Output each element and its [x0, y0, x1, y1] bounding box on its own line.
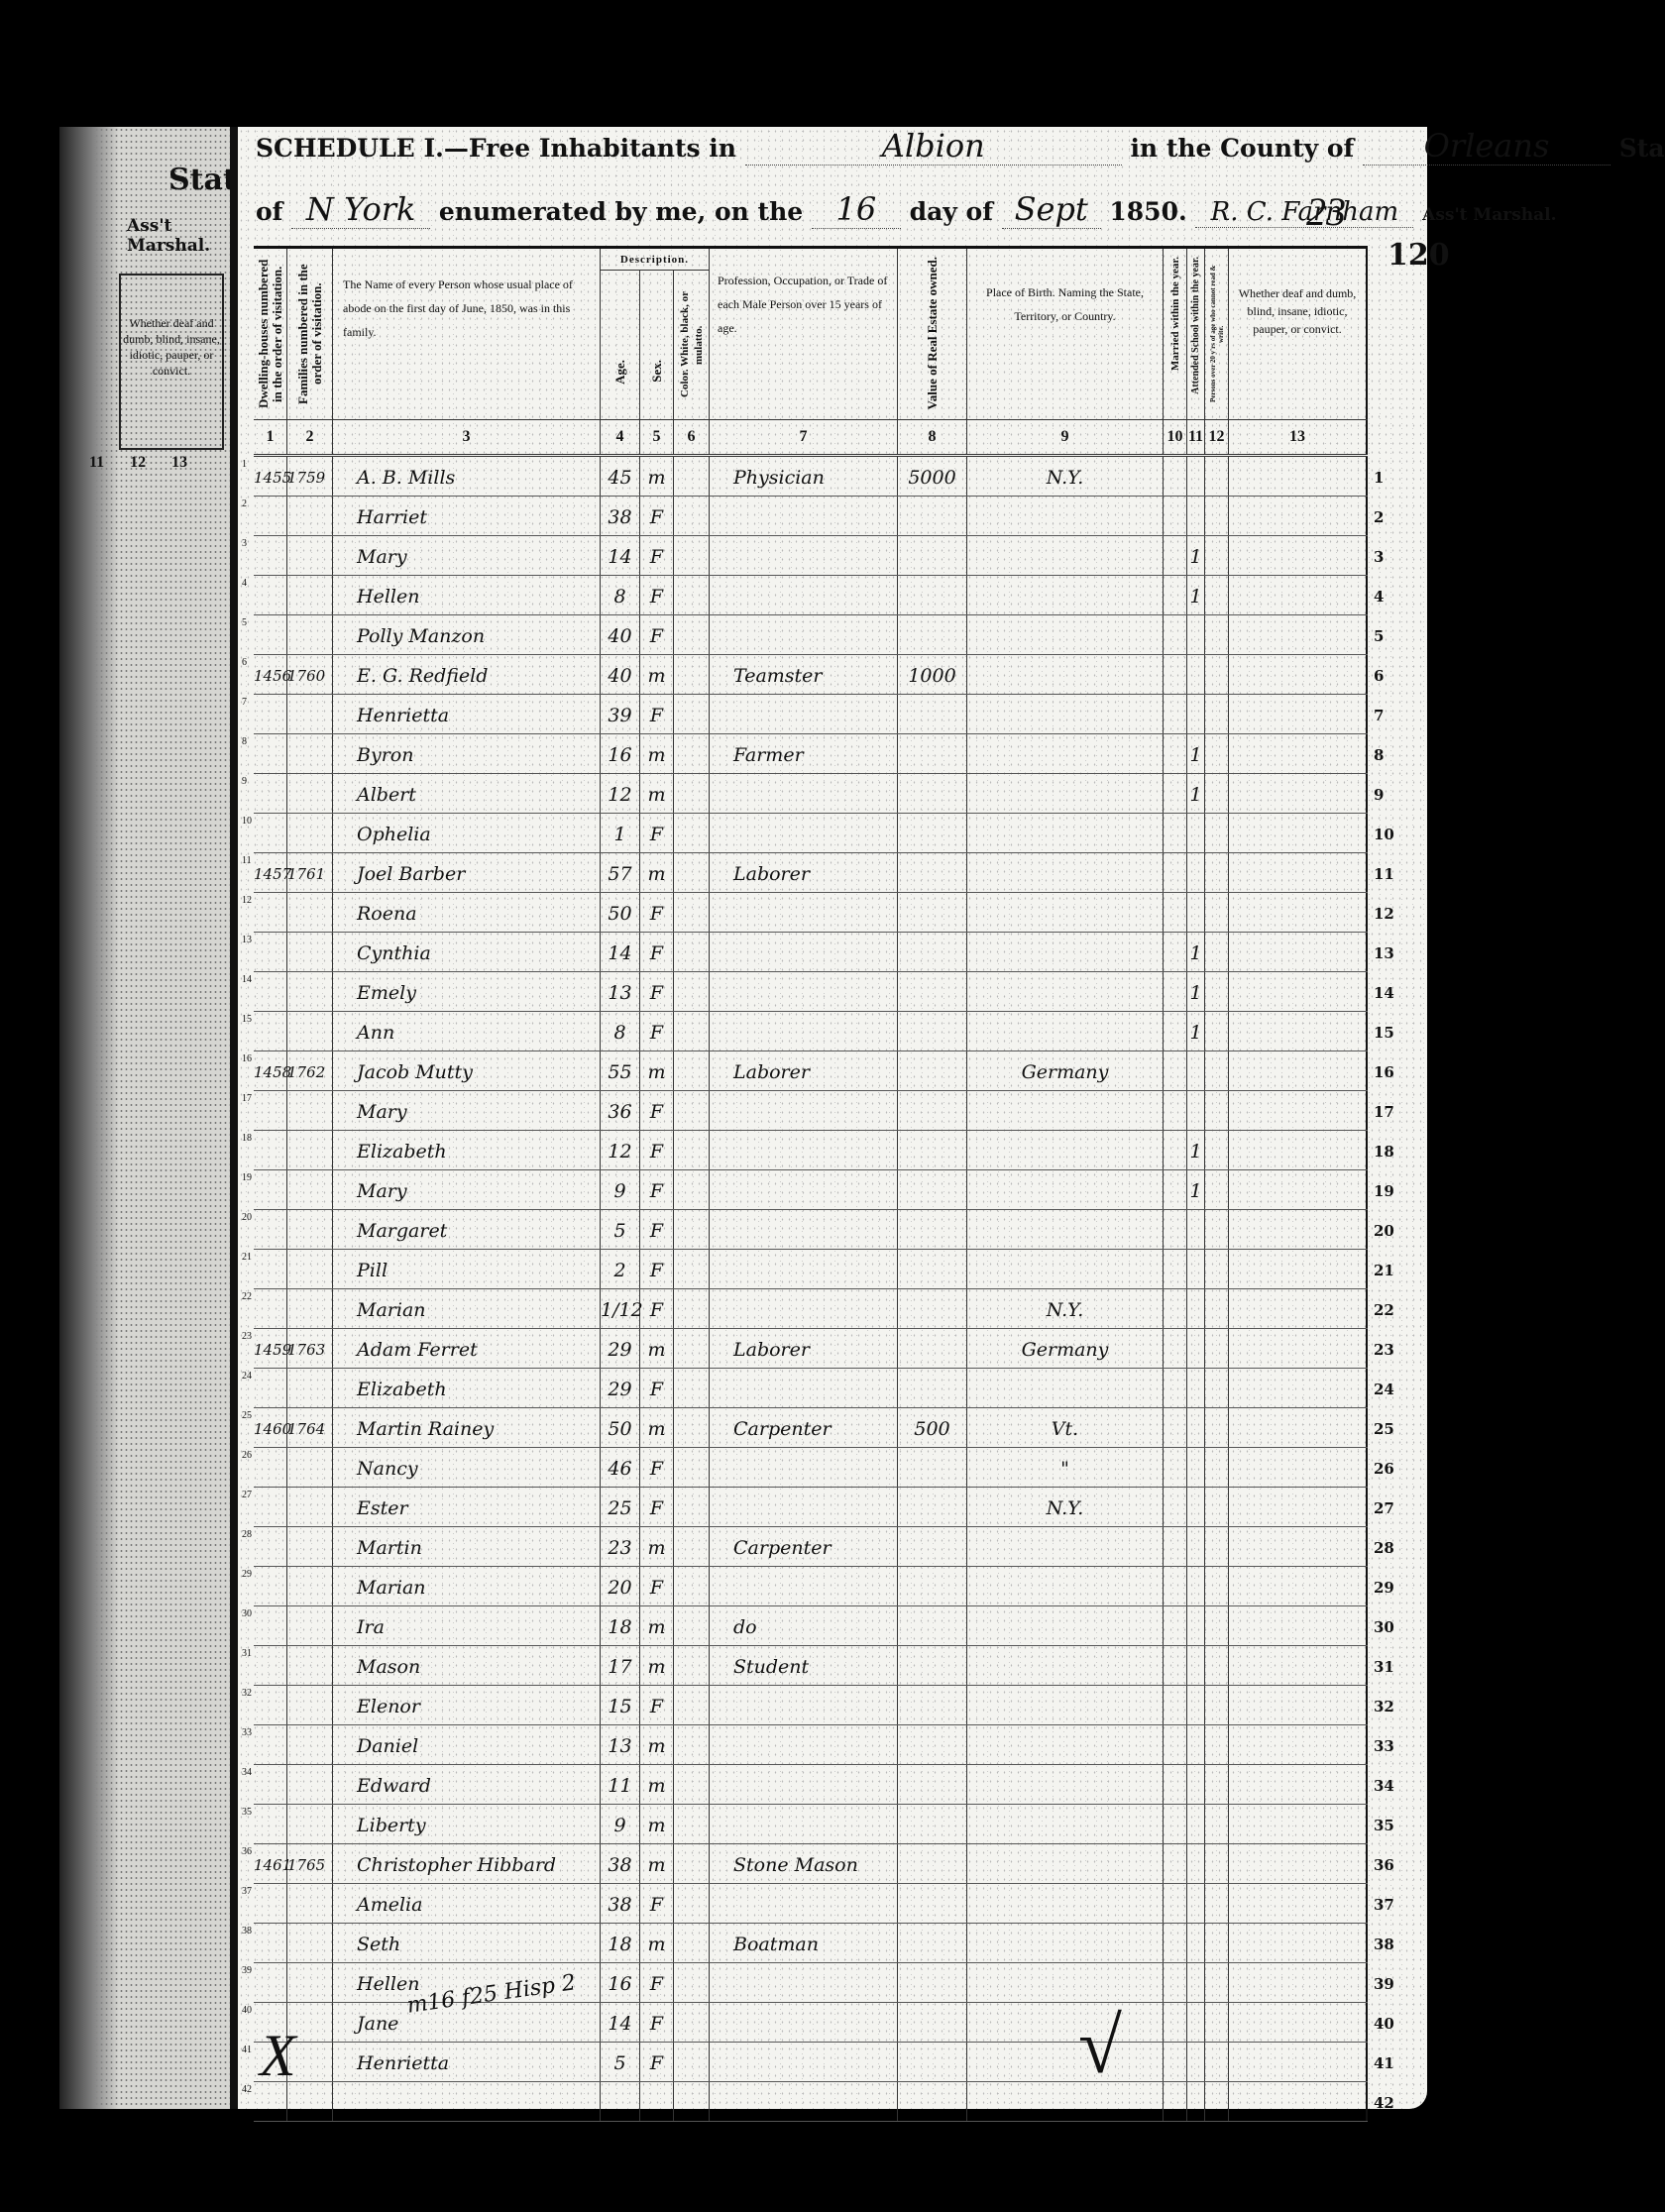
- table-row: 17Mary36F17: [254, 1091, 1368, 1131]
- table-row: 4Hellen8F14: [254, 576, 1368, 615]
- dwelling-cell: [254, 1606, 287, 1645]
- school-cell: [1187, 1408, 1205, 1447]
- dwelling-cell: [254, 1567, 287, 1605]
- illiterate-cell: [1205, 1408, 1229, 1447]
- table-row: 35Liberty9m35: [254, 1805, 1368, 1844]
- line-number-right: 4: [1374, 588, 1384, 606]
- illiterate-cell: [1205, 1091, 1229, 1130]
- married-cell: [1164, 457, 1187, 496]
- married-cell: [1164, 1289, 1187, 1328]
- sex-cell: m: [640, 1646, 674, 1685]
- age-cell: 12: [601, 1131, 640, 1169]
- family-cell: [287, 972, 333, 1011]
- real-estate-cell: [898, 1369, 967, 1407]
- school-cell: [1187, 1765, 1205, 1804]
- name-cell: Elizabeth: [333, 1369, 601, 1407]
- table-row: 12Roena50F12: [254, 893, 1368, 933]
- school-cell: 1: [1187, 536, 1205, 575]
- birthplace-cell: [967, 933, 1164, 971]
- sex-cell: m: [640, 1408, 674, 1447]
- table-row: 3614611765Christopher Hibbard38mStone Ma…: [254, 1844, 1368, 1884]
- line-number-left: 42: [242, 2084, 252, 2095]
- line-number-right: 30: [1374, 1618, 1394, 1636]
- name-cell: Emely: [333, 972, 601, 1011]
- birthplace-cell: [967, 1131, 1164, 1169]
- line-number-right: 7: [1374, 707, 1384, 724]
- real-estate-cell: [898, 774, 967, 813]
- year-label: 1850.: [1109, 197, 1186, 226]
- infirmity-cell: [1229, 734, 1368, 773]
- occupation-cell: [710, 497, 898, 535]
- dwelling-cell: [254, 497, 287, 535]
- name-cell: Ann: [333, 1012, 601, 1051]
- married-cell: [1164, 1488, 1187, 1526]
- age-cell: 1/12: [601, 1289, 640, 1328]
- illiterate-cell: [1205, 1527, 1229, 1566]
- birthplace-cell: [967, 1805, 1164, 1843]
- line-number-left: 1: [242, 459, 247, 470]
- line-number-right: 29: [1374, 1579, 1394, 1597]
- school-cell: [1187, 1963, 1205, 2002]
- family-cell: [287, 536, 333, 575]
- birthplace-cell: ": [967, 1448, 1164, 1487]
- married-cell: [1164, 734, 1187, 773]
- occupation-cell: Carpenter: [710, 1408, 898, 1447]
- line-number-right: 33: [1374, 1737, 1394, 1755]
- table-row: 27Ester25FN.Y.27: [254, 1488, 1368, 1527]
- dwelling-cell: [254, 1091, 287, 1130]
- color-cell: [674, 1725, 710, 1764]
- infirmity-cell: [1229, 972, 1368, 1011]
- birthplace-cell: Germany: [967, 1051, 1164, 1090]
- sex-cell: F: [640, 695, 674, 733]
- birthplace-cell: [967, 615, 1164, 654]
- table-row: 20Margaret5F20: [254, 1210, 1368, 1250]
- name-cell: Marian: [333, 1567, 601, 1605]
- line-number-right: 19: [1374, 1182, 1394, 1200]
- school-cell: [1187, 1646, 1205, 1685]
- table-row: 18Elizabeth12F118: [254, 1131, 1368, 1170]
- family-cell: [287, 497, 333, 535]
- married-cell: [1164, 1725, 1187, 1764]
- line-number-left: 21: [242, 1252, 252, 1263]
- real-estate-cell: 5000: [898, 457, 967, 496]
- married-cell: [1164, 1646, 1187, 1685]
- family-cell: [287, 1686, 333, 1724]
- school-cell: [1187, 1527, 1205, 1566]
- dwelling-cell: [254, 1012, 287, 1051]
- dwelling-cell: [254, 734, 287, 773]
- infirmity-cell: [1229, 1408, 1368, 1447]
- line-number-left: 22: [242, 1291, 252, 1302]
- infirmity-cell: [1229, 1567, 1368, 1605]
- school-cell: [1187, 1488, 1205, 1526]
- illiterate-cell: [1205, 1012, 1229, 1051]
- table-row: 29Marian20F29: [254, 1567, 1368, 1606]
- color-cell: [674, 1765, 710, 1804]
- real-estate-cell: [898, 1131, 967, 1169]
- age-cell: 23: [601, 1527, 640, 1566]
- line-number-right: 32: [1374, 1698, 1394, 1715]
- table-row: 14Emely13F114: [254, 972, 1368, 1012]
- age-cell: 11: [601, 1765, 640, 1804]
- family-cell: [287, 734, 333, 773]
- age-cell: 14: [601, 2003, 640, 2042]
- line-number-left: 26: [242, 1450, 252, 1461]
- infirmity-cell: [1229, 536, 1368, 575]
- family-cell: [287, 1646, 333, 1685]
- infirmity-cell: [1229, 933, 1368, 971]
- line-number-left: 30: [242, 1608, 252, 1619]
- infirmity-cell: [1229, 1884, 1368, 1923]
- infirmity-cell: [1229, 1686, 1368, 1724]
- real-estate-cell: 1000: [898, 655, 967, 694]
- name-cell: Pill: [333, 1250, 601, 1288]
- birthplace-cell: Vt.: [967, 1408, 1164, 1447]
- x-mark: X: [260, 2022, 296, 2090]
- occupation-cell: [710, 1012, 898, 1051]
- occupation-cell: [710, 1686, 898, 1724]
- line-number-right: 42: [1374, 2094, 1394, 2112]
- birthplace-cell: [967, 1963, 1164, 2002]
- infirmity-cell: [1229, 774, 1368, 813]
- line-number-right: 37: [1374, 1896, 1394, 1914]
- age-cell: 39: [601, 695, 640, 733]
- occupation-cell: [710, 2082, 898, 2121]
- infirmity-cell: [1229, 893, 1368, 932]
- color-cell: [674, 734, 710, 773]
- birthplace-cell: N.Y.: [967, 1488, 1164, 1526]
- name-cell: Hellen: [333, 576, 601, 614]
- sex-cell: m: [640, 1606, 674, 1645]
- table-row: 614561760E. G. Redfield40mTeamster10006: [254, 655, 1368, 695]
- line-number-right: 25: [1374, 1420, 1394, 1438]
- county-field: Orleans: [1363, 127, 1610, 166]
- birthplace-cell: [967, 972, 1164, 1011]
- school-cell: [1187, 1844, 1205, 1883]
- color-cell: [674, 1924, 710, 1962]
- married-cell: [1164, 497, 1187, 535]
- illiterate-cell: [1205, 1606, 1229, 1645]
- sex-cell: F: [640, 1170, 674, 1209]
- illiterate-cell: [1205, 893, 1229, 932]
- married-cell: [1164, 1329, 1187, 1368]
- married-cell: [1164, 1408, 1187, 1447]
- illiterate-cell: [1205, 1725, 1229, 1764]
- age-cell: 18: [601, 1606, 640, 1645]
- age-cell: 38: [601, 1844, 640, 1883]
- school-cell: [1187, 457, 1205, 496]
- infirmity-cell: [1229, 1091, 1368, 1130]
- header-occupation: Profession, Occupation, or Trade of each…: [710, 249, 898, 419]
- color-cell: [674, 1963, 710, 2002]
- name-cell: Albert: [333, 774, 601, 813]
- school-cell: 1: [1187, 1131, 1205, 1169]
- line-number-left: 16: [242, 1053, 252, 1064]
- sex-cell: F: [640, 1012, 674, 1051]
- family-cell: [287, 893, 333, 932]
- family-cell: [287, 933, 333, 971]
- school-cell: [1187, 497, 1205, 535]
- color-cell: [674, 1329, 710, 1368]
- infirmity-cell: [1229, 615, 1368, 654]
- birthplace-cell: [967, 853, 1164, 892]
- left-col13-header: Whether deaf and dumb, blind, insane, id…: [119, 274, 224, 450]
- header-description-group: Description.: [601, 249, 710, 271]
- color-cell: [674, 1369, 710, 1407]
- occupation-cell: [710, 1448, 898, 1487]
- dwelling-cell: [254, 1131, 287, 1169]
- marshal-name-field: R. C. Farnham: [1195, 197, 1413, 228]
- age-cell: 18: [601, 1924, 640, 1962]
- birthplace-cell: [967, 695, 1164, 733]
- sex-cell: F: [640, 2043, 674, 2081]
- dwelling-cell: [254, 893, 287, 932]
- line-number-left: 41: [242, 2045, 252, 2055]
- illiterate-cell: [1205, 774, 1229, 813]
- illiterate-cell: [1205, 933, 1229, 971]
- line-number-right: 24: [1374, 1381, 1394, 1398]
- birthplace-cell: [967, 1765, 1164, 1804]
- sex-cell: m: [640, 1805, 674, 1843]
- line-number-right: 6: [1374, 667, 1384, 685]
- color-cell: [674, 536, 710, 575]
- infirmity-cell: [1229, 2003, 1368, 2042]
- family-cell: [287, 1289, 333, 1328]
- infirmity-cell: [1229, 576, 1368, 614]
- family-cell: [287, 1091, 333, 1130]
- birthplace-cell: N.Y.: [967, 1289, 1164, 1328]
- family-cell: 1759: [287, 457, 333, 496]
- occupation-cell: [710, 695, 898, 733]
- school-cell: [1187, 655, 1205, 694]
- real-estate-cell: [898, 1012, 967, 1051]
- table-row: 3Mary14F13: [254, 536, 1368, 576]
- color-cell: [674, 2043, 710, 2081]
- married-cell: [1164, 814, 1187, 852]
- name-cell: Seth: [333, 1924, 601, 1962]
- color-cell: [674, 1488, 710, 1526]
- line-number-left: 5: [242, 617, 247, 628]
- school-cell: [1187, 615, 1205, 654]
- age-cell: 45: [601, 457, 640, 496]
- table-row: 7Henrietta39F7: [254, 695, 1368, 734]
- infirmity-cell: [1229, 1210, 1368, 1249]
- family-cell: [287, 1725, 333, 1764]
- sex-cell: F: [640, 1091, 674, 1130]
- illiterate-cell: [1205, 1844, 1229, 1883]
- school-cell: [1187, 695, 1205, 733]
- illiterate-cell: [1205, 695, 1229, 733]
- occupation-cell: [710, 893, 898, 932]
- name-cell: Mary: [333, 1170, 601, 1209]
- real-estate-cell: [898, 1091, 967, 1130]
- table-row: 33Daniel13m33: [254, 1725, 1368, 1765]
- line-number-right: 26: [1374, 1460, 1394, 1478]
- occupation-cell: [710, 1488, 898, 1526]
- family-cell: 1760: [287, 655, 333, 694]
- school-cell: 1: [1187, 734, 1205, 773]
- color-cell: [674, 1805, 710, 1843]
- school-cell: 1: [1187, 774, 1205, 813]
- header-married: Married within the year.: [1164, 249, 1187, 419]
- name-cell: Cynthia: [333, 933, 601, 971]
- table-row: 2314591763Adam Ferret29mLaborerGermany23: [254, 1329, 1368, 1369]
- color-cell: [674, 1606, 710, 1645]
- occupation-cell: [710, 1170, 898, 1209]
- line-number-right: 20: [1374, 1222, 1394, 1240]
- illiterate-cell: [1205, 734, 1229, 773]
- occupation-cell: Stone Mason: [710, 1844, 898, 1883]
- birthplace-cell: [967, 1250, 1164, 1288]
- name-cell: E. G. Redfield: [333, 655, 601, 694]
- table-row: 114551759A. B. Mills45mPhysician5000N.Y.…: [254, 457, 1368, 497]
- illiterate-cell: [1205, 1289, 1229, 1328]
- infirmity-cell: [1229, 1051, 1368, 1090]
- age-cell: 38: [601, 1884, 640, 1923]
- name-cell: Margaret: [333, 1210, 601, 1249]
- occupation-cell: Laborer: [710, 1051, 898, 1090]
- family-cell: [287, 814, 333, 852]
- occupation-cell: [710, 933, 898, 971]
- real-estate-cell: [898, 1488, 967, 1526]
- color-cell: [674, 497, 710, 535]
- occupation-cell: [710, 1963, 898, 2002]
- dwelling-cell: 1456: [254, 655, 287, 694]
- illiterate-cell: [1205, 1329, 1229, 1368]
- header-illiterate: Persons over 20 y'rs of age who cannot r…: [1205, 249, 1229, 419]
- line-number-left: 8: [242, 736, 247, 747]
- sex-cell: F: [640, 1448, 674, 1487]
- birthplace-cell: [967, 576, 1164, 614]
- name-cell: Ira: [333, 1606, 601, 1645]
- birthplace-cell: [967, 1646, 1164, 1685]
- color-cell: [674, 615, 710, 654]
- real-estate-cell: [898, 1289, 967, 1328]
- married-cell: [1164, 576, 1187, 614]
- color-cell: [674, 1051, 710, 1090]
- real-estate-cell: [898, 1963, 967, 2002]
- column-headers: Dwelling-houses numbered in the order of…: [254, 249, 1368, 420]
- name-cell: Ester: [333, 1488, 601, 1526]
- line-number-left: 35: [242, 1807, 252, 1818]
- illiterate-cell: [1205, 1765, 1229, 1804]
- sex-cell: m: [640, 1527, 674, 1566]
- dwelling-cell: 1455: [254, 457, 287, 496]
- occupation-cell: [710, 615, 898, 654]
- birthplace-cell: [967, 2082, 1164, 2121]
- married-cell: [1164, 1844, 1187, 1883]
- real-estate-cell: [898, 2082, 967, 2121]
- real-estate-cell: [898, 1924, 967, 1962]
- table-row: 31Mason17mStudent31: [254, 1646, 1368, 1686]
- table-row: 10Ophelia1F10: [254, 814, 1368, 853]
- table-row: 2514601764Martin Rainey50mCarpenter500Vt…: [254, 1408, 1368, 1448]
- age-cell: 40: [601, 615, 640, 654]
- birthplace-cell: [967, 497, 1164, 535]
- infirmity-cell: [1229, 1606, 1368, 1645]
- table-row: 9Albert12m19: [254, 774, 1368, 814]
- color-cell: [674, 893, 710, 932]
- age-cell: 36: [601, 1091, 640, 1130]
- color-cell: [674, 1646, 710, 1685]
- line-number-right: 11: [1374, 865, 1394, 883]
- infirmity-cell: [1229, 1765, 1368, 1804]
- name-cell: Mary: [333, 536, 601, 575]
- real-estate-cell: [898, 1606, 967, 1645]
- line-number-left: 6: [242, 657, 247, 668]
- left-marshal-label: Ass't Marshal.: [127, 216, 230, 256]
- married-cell: [1164, 1686, 1187, 1724]
- page-number: 120: [1387, 238, 1450, 273]
- occupation-cell: [710, 1725, 898, 1764]
- occupation-cell: [710, 1250, 898, 1288]
- schedule-title-line: SCHEDULE I.—Free Inhabitants in Albion i…: [256, 127, 1665, 166]
- line-number-right: 38: [1374, 1935, 1394, 1953]
- dwelling-cell: 1457: [254, 853, 287, 892]
- previous-page-strip: State Ass't Marshal. Whether deaf and du…: [59, 127, 230, 2109]
- color-cell: [674, 695, 710, 733]
- line-number-left: 14: [242, 974, 252, 985]
- sex-cell: F: [640, 536, 674, 575]
- dwelling-cell: 1460: [254, 1408, 287, 1447]
- sex-cell: F: [640, 576, 674, 614]
- age-cell: 2: [601, 1250, 640, 1288]
- line-number-left: 25: [242, 1410, 252, 1421]
- infirmity-cell: [1229, 1012, 1368, 1051]
- color-cell: [674, 1131, 710, 1169]
- family-cell: [287, 576, 333, 614]
- school-cell: 1: [1187, 972, 1205, 1011]
- table-row: 41Henrietta5F41: [254, 2043, 1368, 2082]
- line-number-left: 7: [242, 697, 247, 708]
- family-cell: [287, 1527, 333, 1566]
- married-cell: [1164, 2082, 1187, 2121]
- married-cell: [1164, 2043, 1187, 2081]
- real-estate-cell: [898, 1844, 967, 1883]
- sex-cell: m: [640, 853, 674, 892]
- married-cell: [1164, 615, 1187, 654]
- family-cell: 1764: [287, 1408, 333, 1447]
- birthplace-cell: [967, 1170, 1164, 1209]
- sex-cell: m: [640, 1844, 674, 1883]
- real-estate-cell: [898, 1210, 967, 1249]
- infirmity-cell: [1229, 457, 1368, 496]
- infirmity-cell: [1229, 1448, 1368, 1487]
- line-number-right: 12: [1374, 905, 1394, 923]
- infirmity-cell: [1229, 1488, 1368, 1526]
- name-cell: Harriet: [333, 497, 601, 535]
- line-number-left: 20: [242, 1212, 252, 1223]
- married-cell: [1164, 972, 1187, 1011]
- real-estate-cell: [898, 734, 967, 773]
- birthplace-cell: [967, 1369, 1164, 1407]
- header-sex: Sex.: [640, 271, 674, 419]
- dwelling-cell: [254, 1448, 287, 1487]
- age-cell: [601, 2082, 640, 2121]
- dwelling-cell: [254, 933, 287, 971]
- illiterate-cell: [1205, 1805, 1229, 1843]
- line-number-left: 32: [242, 1688, 252, 1699]
- real-estate-cell: [898, 1170, 967, 1209]
- line-number-right: 27: [1374, 1499, 1394, 1517]
- age-cell: 57: [601, 853, 640, 892]
- sex-cell: F: [640, 1131, 674, 1169]
- infirmity-cell: [1229, 1725, 1368, 1764]
- infirmity-cell: [1229, 1369, 1368, 1407]
- age-cell: 14: [601, 933, 640, 971]
- occupation-cell: [710, 1210, 898, 1249]
